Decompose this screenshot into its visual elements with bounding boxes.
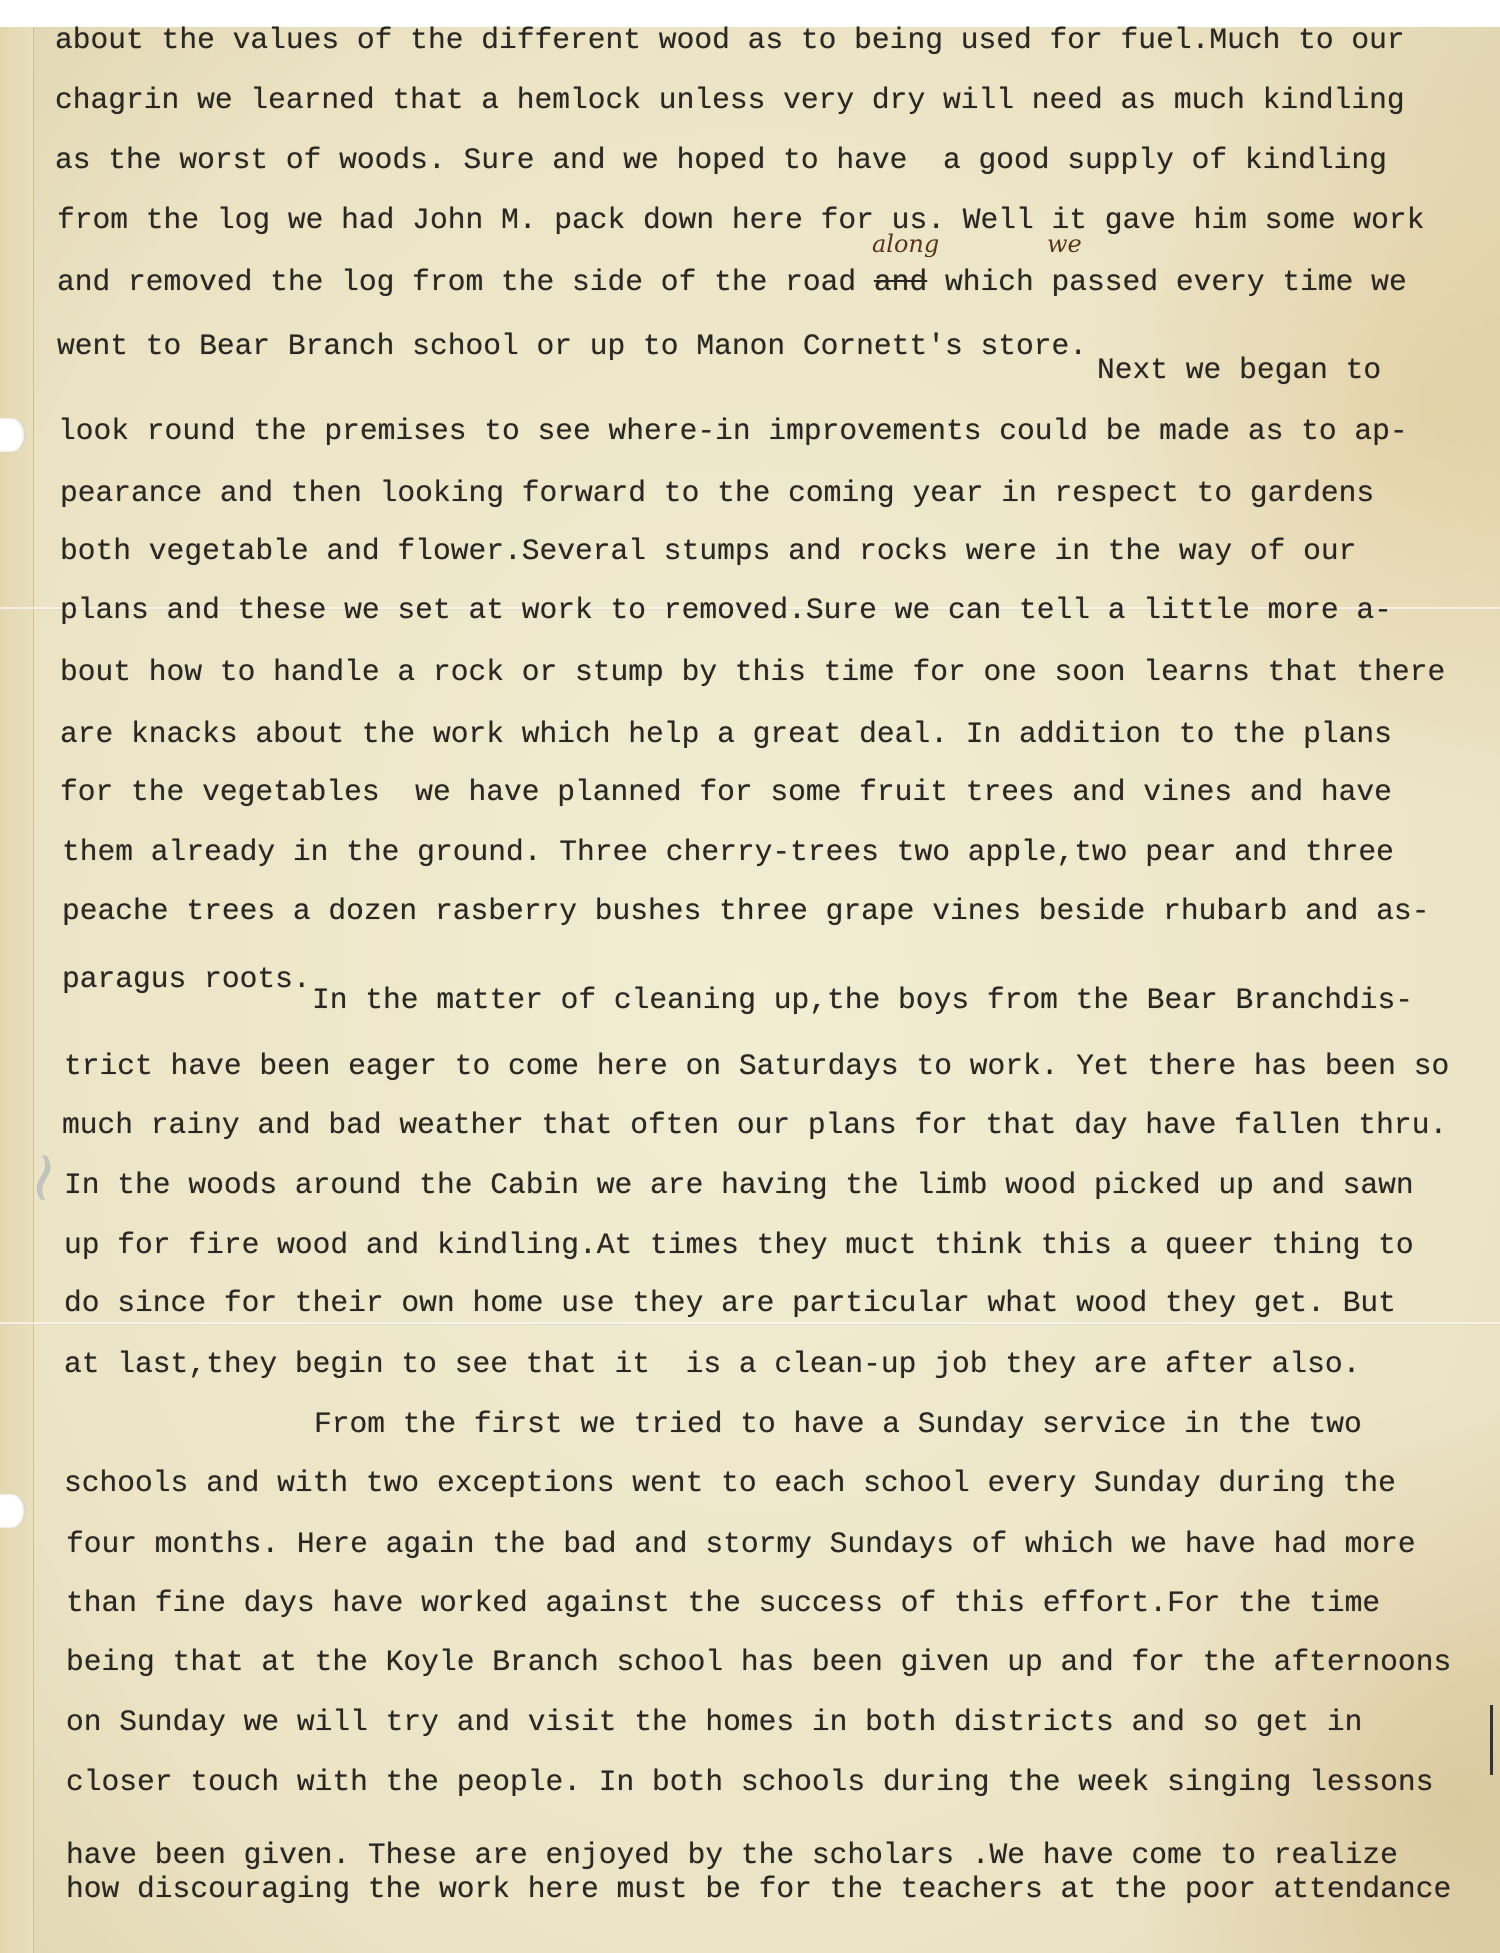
- text-segment: which passed every time we: [927, 265, 1407, 299]
- text-line: four months. Here again the bad and stor…: [66, 1530, 1416, 1560]
- text-line: than fine days have worked against the s…: [66, 1589, 1380, 1619]
- text-line: In the matter of cleaning up,the boys fr…: [312, 986, 1413, 1016]
- punch-hole-bottom: [0, 1494, 26, 1528]
- text-line: much rainy and bad weather that often ou…: [62, 1111, 1447, 1141]
- text-line: and removed the log from the side of the…: [57, 268, 1407, 298]
- text-line: peache trees a dozen rasberry bushes thr…: [62, 897, 1429, 927]
- text-line: plans and these we set at work to remove…: [60, 596, 1392, 626]
- text-line: Next we began to: [1097, 356, 1381, 386]
- text-line: how discouraging the work here must be f…: [66, 1875, 1451, 1905]
- fold-crease-lower: [0, 1322, 1500, 1325]
- text-line: from the log we had John M. pack down he…: [57, 206, 1424, 236]
- handwritten-insertion: we: [1047, 230, 1082, 258]
- text-line: pearance and then looking forward to the…: [60, 479, 1374, 509]
- text-line: at last,they begin to see that it is a c…: [64, 1350, 1360, 1380]
- text-line: both vegetable and flower.Several stumps…: [60, 537, 1356, 567]
- text-line: schools and with two exceptions went to …: [64, 1469, 1396, 1499]
- right-edge-mark: [1490, 1705, 1493, 1775]
- text-line: are knacks about the work which help a g…: [60, 720, 1392, 750]
- text-line: bout how to handle a rock or stump by th…: [60, 658, 1445, 688]
- text-line: being that at the Koyle Branch school ha…: [66, 1648, 1451, 1678]
- text-line: In the woods around the Cabin we are hav…: [64, 1171, 1414, 1201]
- text-line: look round the premises to see where-in …: [58, 417, 1408, 447]
- text-line: trict have been eager to come here on Sa…: [64, 1052, 1449, 1082]
- text-line: closer touch with the people. In both sc…: [66, 1768, 1433, 1798]
- text-line: paragus roots.: [62, 965, 311, 995]
- text-line: them already in the ground. Three cherry…: [62, 838, 1394, 868]
- paper-left-margin-strip: [0, 27, 34, 1953]
- text-line: as the worst of woods. Sure and we hoped…: [55, 146, 1387, 176]
- struck-word: and: [874, 265, 927, 299]
- text-line: went to Bear Branch school or up to Mano…: [57, 332, 1087, 362]
- text-line: have been given. These are enjoyed by th…: [66, 1841, 1398, 1871]
- text-segment: and removed the log from the side of the…: [57, 265, 874, 299]
- text-line: on Sunday we will try and visit the home…: [66, 1708, 1362, 1738]
- text-line: From the first we tried to have a Sunday…: [314, 1410, 1362, 1440]
- text-line: about the values of the different wood a…: [55, 26, 1405, 56]
- handwritten-insertion: along: [872, 230, 939, 258]
- text-line: chagrin we learned that a hemlock unless…: [55, 86, 1405, 116]
- punch-hole-top: [0, 418, 26, 452]
- text-line: do since for their own home use they are…: [64, 1289, 1396, 1319]
- text-line: for the vegetables we have planned for s…: [60, 778, 1392, 808]
- text-line: up for fire wood and kindling.At times t…: [64, 1231, 1414, 1261]
